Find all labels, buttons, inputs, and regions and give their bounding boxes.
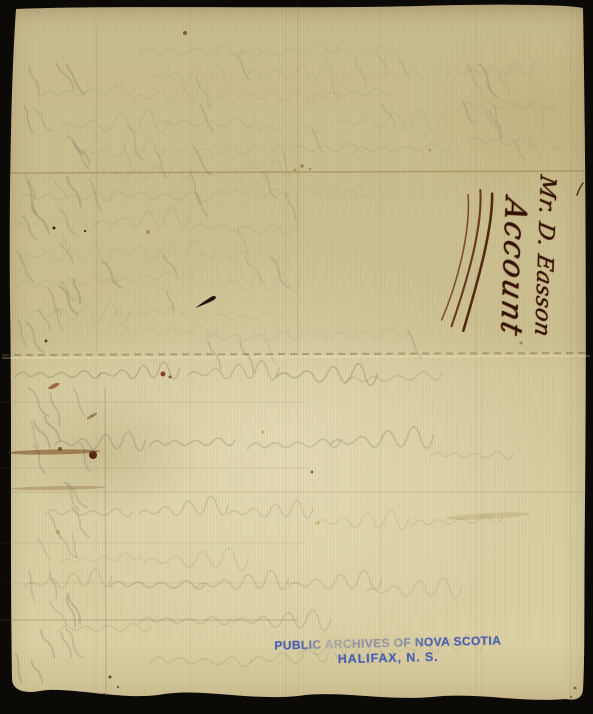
document-page [0,0,593,714]
scan-background: Mr. D. Easson Account PUBLIC ARCHIVES OF… [0,0,593,714]
